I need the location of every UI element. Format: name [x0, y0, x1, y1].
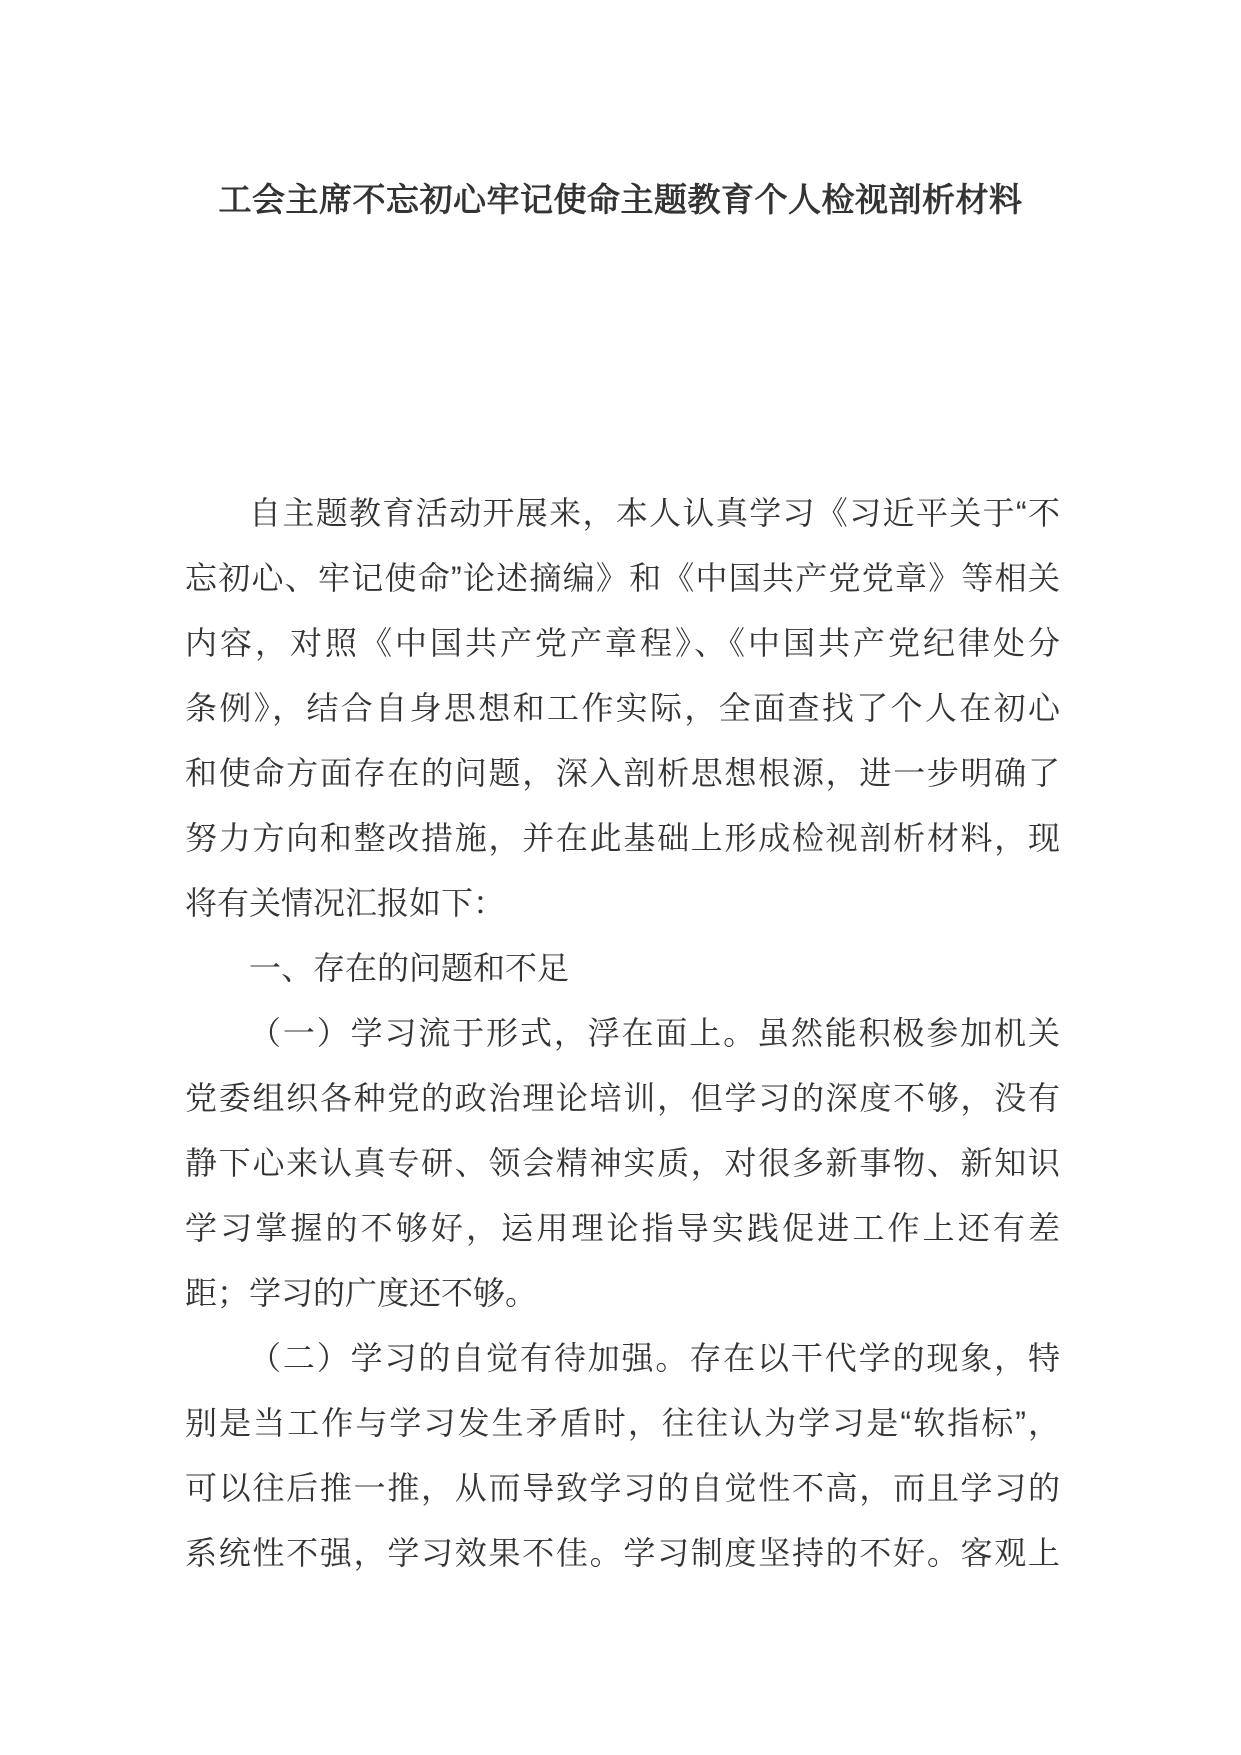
text-line: 内容，对照《中国共产党产章程》、《中国共产党纪律处分 [185, 611, 1060, 676]
text-line: 将有关情况汇报如下： [185, 871, 1060, 936]
text-line: 可以往后推一推，从而导致学习的自觉性不高，而且学习的 [185, 1456, 1060, 1521]
text-line: 努力方向和整改措施，并在此基础上形成检视剖析材料，现 [185, 806, 1060, 871]
text-line: 党委组织各种党的政治理论培训，但学习的深度不够，没有 [185, 1066, 1060, 1131]
document-page: 工会主席不忘初心牢记使命主题教育个人检视剖析材料 自主题教育活动开展来，本人认真… [0, 0, 1241, 1755]
section-heading: 一、存在的问题和不足 [185, 936, 1060, 1001]
text-line: 忘初心、牢记使命”论述摘编》和《中国共产党党章》等相关 [185, 546, 1060, 611]
document-title: 工会主席不忘初心牢记使命主题教育个人检视剖析材料 [0, 167, 1241, 232]
text-line: 静下心来认真专研、领会精神实质，对很多新事物、新知识 [185, 1131, 1060, 1196]
text-line: 和使命方面存在的问题，深入剖析思想根源，进一步明确了 [185, 741, 1060, 806]
text-line: 学习掌握的不够好，运用理论指导实践促进工作上还有差 [185, 1196, 1060, 1261]
document-body: 自主题教育活动开展来，本人认真学习《习近平关于“不忘初心、牢记使命”论述摘编》和… [185, 481, 1060, 1586]
text-line: 系统性不强，学习效果不佳。学习制度坚持的不好。客观上 [185, 1521, 1060, 1586]
text-line: 别是当工作与学习发生矛盾时，往往认为学习是“软指标”， [185, 1391, 1060, 1456]
text-line: 距；学习的广度还不够。 [185, 1261, 1060, 1326]
text-line: 条例》，结合自身思想和工作实际，全面查找了个人在初心 [185, 676, 1060, 741]
text-line: 自主题教育活动开展来，本人认真学习《习近平关于“不 [185, 481, 1060, 546]
text-line: （一）学习流于形式，浮在面上。虽然能积极参加机关 [185, 1001, 1060, 1066]
text-line: （二）学习的自觉有待加强。存在以干代学的现象，特 [185, 1326, 1060, 1391]
